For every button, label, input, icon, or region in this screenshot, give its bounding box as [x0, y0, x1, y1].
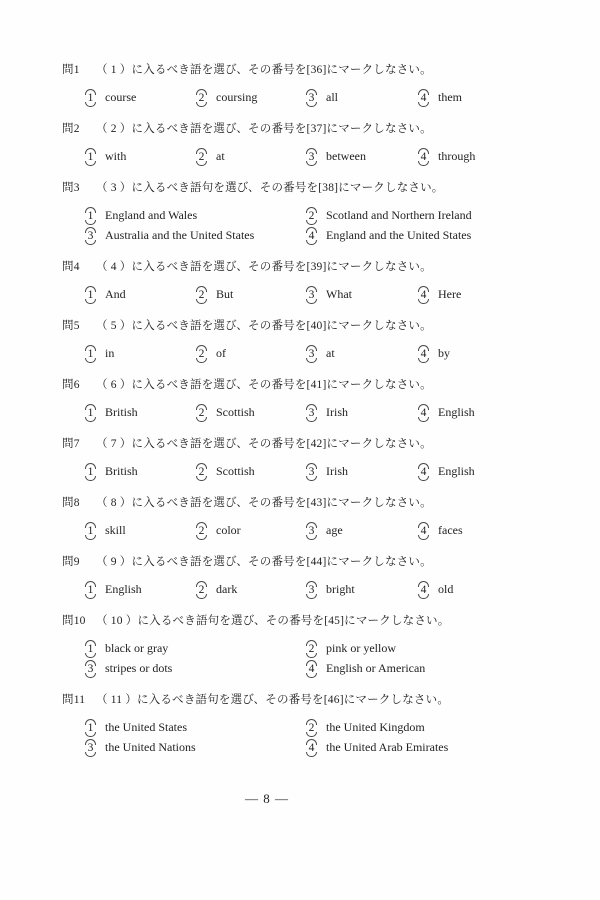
choice-number: 1	[85, 584, 96, 597]
choice-text: at	[216, 149, 225, 163]
question-label: 問9	[62, 555, 88, 570]
answer-choice: 2color	[196, 523, 306, 538]
answer-choice: 3Irish	[306, 464, 418, 479]
question: 問5（ 5 ）に入るべき語を選び、その番号を[40]にマークしなさい。 1in …	[62, 319, 560, 361]
choice-number: 1	[85, 722, 96, 735]
choice-text: British	[105, 464, 138, 478]
answer-choice: 2Scottish	[196, 405, 306, 420]
answer-choice: 1British	[85, 405, 196, 420]
choice-text: the United States	[105, 720, 187, 734]
choice-text: bright	[326, 582, 355, 596]
choices-row: 1with 2at 3between 4through	[85, 149, 560, 164]
answer-choice: 3Australia and the United States	[85, 228, 306, 243]
choice-number: 3	[306, 348, 317, 361]
question-prompt: （ 1 ）に入るべき語を選び、その番号を[36]にマークしなさい。	[96, 63, 432, 78]
choice-text: with	[105, 149, 126, 163]
answer-choice: 3What	[306, 287, 418, 302]
question-prompt: （ 6 ）に入るべき語を選び、その番号を[41]にマークしなさい。	[96, 378, 432, 393]
choice-text: Scotland and Northern Ireland	[326, 208, 472, 222]
question-prompt: （ 3 ）に入るべき語句を選び、その番号を[38]にマークしなさい。	[96, 181, 444, 196]
choice-number: 4	[418, 348, 429, 361]
question-heading: 問10（ 10 ）に入るべき語句を選び、その番号を[45]にマークしなさい。	[62, 614, 560, 629]
choice-number: 1	[85, 210, 96, 223]
question: 問4（ 4 ）に入るべき語を選び、その番号を[39]にマークしなさい。 1And…	[62, 260, 560, 302]
choice-number: 2	[196, 348, 207, 361]
question-prompt: （ 9 ）に入るべき語を選び、その番号を[44]にマークしなさい。	[96, 555, 432, 570]
answer-choice: 2But	[196, 287, 306, 302]
question-label: 問11	[62, 693, 88, 708]
question: 問10（ 10 ）に入るべき語句を選び、その番号を[45]にマークしなさい。 1…	[62, 614, 560, 676]
choice-text: of	[216, 346, 226, 360]
choices-row: 1the United States 2the United Kingdom 3…	[85, 720, 560, 755]
choice-number: 1	[85, 289, 96, 302]
choice-text: age	[326, 523, 343, 537]
question-label: 問1	[62, 63, 88, 78]
question-heading: 問5（ 5 ）に入るべき語を選び、その番号を[40]にマークしなさい。	[62, 319, 560, 334]
answer-choice: 2of	[196, 346, 306, 361]
choice-number: 1	[85, 92, 96, 105]
choice-text: by	[438, 346, 450, 360]
question: 問8（ 8 ）に入るべき語を選び、その番号を[43]にマークしなさい。 1ski…	[62, 496, 560, 538]
choice-number: 3	[306, 407, 317, 420]
answer-choice: 3at	[306, 346, 418, 361]
choices-row: 1England and Wales 2Scotland and Norther…	[85, 208, 560, 243]
choice-text: Australia and the United States	[105, 228, 254, 242]
choice-text: English or American	[326, 661, 425, 675]
choice-text: pink or yellow	[326, 641, 396, 655]
choice-text: English	[438, 405, 475, 419]
question-label: 問2	[62, 122, 88, 137]
choice-text: old	[438, 582, 453, 596]
choice-number: 2	[196, 151, 207, 164]
choice-number: 2	[196, 407, 207, 420]
choice-number: 3	[306, 466, 317, 479]
choice-text: black or gray	[105, 641, 168, 655]
choice-number: 4	[418, 289, 429, 302]
answer-choice: 3all	[306, 90, 418, 105]
choice-text: Here	[438, 287, 461, 301]
choice-text: the United Nations	[105, 740, 196, 754]
question-label: 問3	[62, 181, 88, 196]
answer-choice: 4English	[418, 405, 560, 420]
question-heading: 問8（ 8 ）に入るべき語を選び、その番号を[43]にマークしなさい。	[62, 496, 560, 511]
choice-text: stripes or dots	[105, 661, 172, 675]
choice-text: them	[438, 90, 462, 104]
answer-choice: 1course	[85, 90, 196, 105]
choices-row: 1skill 2color 3age 4faces	[85, 523, 560, 538]
question-prompt: （ 5 ）に入るべき語を選び、その番号を[40]にマークしなさい。	[96, 319, 432, 334]
answer-choice: 3stripes or dots	[85, 661, 306, 676]
answer-choice: 4through	[418, 149, 560, 164]
question: 問9（ 9 ）に入るべき語を選び、その番号を[44]にマークしなさい。 1Eng…	[62, 555, 560, 597]
answer-choice: 1in	[85, 346, 196, 361]
choices-row: 1And 2But 3What 4Here	[85, 287, 560, 302]
question-heading: 問2（ 2 ）に入るべき語を選び、その番号を[37]にマークしなさい。	[62, 122, 560, 137]
choice-number: 4	[418, 151, 429, 164]
answer-choice: 2coursing	[196, 90, 306, 105]
choice-number: 2	[196, 525, 207, 538]
choice-text: Scottish	[216, 405, 255, 419]
choice-text: Irish	[326, 464, 348, 478]
question-label: 問4	[62, 260, 88, 275]
answer-choice: 1British	[85, 464, 196, 479]
choice-text: English	[105, 582, 142, 596]
answer-choice: 1the United States	[85, 720, 306, 735]
choice-number: 2	[306, 643, 317, 656]
choice-number: 1	[85, 466, 96, 479]
choice-number: 3	[306, 151, 317, 164]
answer-choice: 4England and the United States	[306, 228, 560, 243]
question-heading: 問3（ 3 ）に入るべき語句を選び、その番号を[38]にマークしなさい。	[62, 181, 560, 196]
choice-number: 3	[306, 92, 317, 105]
choice-text: skill	[105, 523, 126, 537]
question-prompt: （ 2 ）に入るべき語を選び、その番号を[37]にマークしなさい。	[96, 122, 432, 137]
choices-row: 1British 2Scottish 3Irish 4English	[85, 405, 560, 420]
choice-number: 3	[85, 742, 96, 755]
answer-choice: 4by	[418, 346, 560, 361]
choice-text: English	[438, 464, 475, 478]
answer-choice: 1English	[85, 582, 196, 597]
choice-number: 4	[418, 92, 429, 105]
answer-choice: 3between	[306, 149, 418, 164]
choice-text: Scottish	[216, 464, 255, 478]
page-number: — 8 —	[245, 791, 289, 806]
choices-row: 1British 2Scottish 3Irish 4English	[85, 464, 560, 479]
answer-choice: 3Irish	[306, 405, 418, 420]
question-heading: 問11（ 11 ）に入るべき語句を選び、その番号を[46]にマークしなさい。	[62, 693, 560, 708]
answer-choice: 1skill	[85, 523, 196, 538]
question: 問6（ 6 ）に入るべき語を選び、その番号を[41]にマークしなさい。 1Bri…	[62, 378, 560, 420]
choice-number: 2	[306, 210, 317, 223]
choice-text: Irish	[326, 405, 348, 419]
question-prompt: （ 8 ）に入るべき語を選び、その番号を[43]にマークしなさい。	[96, 496, 432, 511]
question-prompt: （ 11 ）に入るべき語句を選び、その番号を[46]にマークしなさい。	[96, 693, 449, 708]
question: 問1（ 1 ）に入るべき語を選び、その番号を[36]にマークしなさい。 1cou…	[62, 63, 560, 105]
question-label: 問5	[62, 319, 88, 334]
choice-number: 1	[85, 348, 96, 361]
choice-number: 3	[306, 289, 317, 302]
question-label: 問8	[62, 496, 88, 511]
answer-choice: 3the United Nations	[85, 740, 306, 755]
answer-choice: 4faces	[418, 523, 560, 538]
questions-list: 問1（ 1 ）に入るべき語を選び、その番号を[36]にマークしなさい。 1cou…	[62, 63, 560, 755]
question: 問11（ 11 ）に入るべき語句を選び、その番号を[46]にマークしなさい。 1…	[62, 693, 560, 755]
choice-number: 2	[306, 722, 317, 735]
question-prompt: （ 7 ）に入るべき語を選び、その番号を[42]にマークしなさい。	[96, 437, 432, 452]
choice-number: 2	[196, 466, 207, 479]
choice-text: through	[438, 149, 475, 163]
question-heading: 問9（ 9 ）に入るべき語を選び、その番号を[44]にマークしなさい。	[62, 555, 560, 570]
choices-row: 1black or gray 2pink or yellow 3stripes …	[85, 641, 560, 676]
answer-choice: 3bright	[306, 582, 418, 597]
choice-text: What	[326, 287, 352, 301]
question: 問3（ 3 ）に入るべき語句を選び、その番号を[38]にマークしなさい。 1En…	[62, 181, 560, 243]
choice-text: dark	[216, 582, 237, 596]
choice-text: course	[105, 90, 136, 104]
answer-choice: 4English or American	[306, 661, 560, 676]
question-heading: 問1（ 1 ）に入るべき語を選び、その番号を[36]にマークしなさい。	[62, 63, 560, 78]
choice-text: the United Arab Emirates	[326, 740, 448, 754]
answer-choice: 4them	[418, 90, 560, 105]
question-heading: 問4（ 4 ）に入るべき語を選び、その番号を[39]にマークしなさい。	[62, 260, 560, 275]
choice-text: at	[326, 346, 335, 360]
choice-text: And	[105, 287, 126, 301]
choice-number: 2	[196, 92, 207, 105]
choice-number: 1	[85, 525, 96, 538]
choice-number: 1	[85, 151, 96, 164]
choice-text: color	[216, 523, 241, 537]
choice-number: 1	[85, 407, 96, 420]
choice-number: 3	[306, 525, 317, 538]
answer-choice: 1England and Wales	[85, 208, 306, 223]
question: 問7（ 7 ）に入るべき語を選び、その番号を[42]にマークしなさい。 1Bri…	[62, 437, 560, 479]
question-label: 問6	[62, 378, 88, 393]
choice-text: the United Kingdom	[326, 720, 425, 734]
choices-row: 1in 2of 3at 4by	[85, 346, 560, 361]
choice-text: British	[105, 405, 138, 419]
answer-choice: 1black or gray	[85, 641, 306, 656]
answer-choice: 4the United Arab Emirates	[306, 740, 560, 755]
question-prompt: （ 10 ）に入るべき語句を選び、その番号を[45]にマークしなさい。	[96, 614, 449, 629]
choice-number: 3	[85, 663, 96, 676]
answer-choice: 1with	[85, 149, 196, 164]
choice-text: England and Wales	[105, 208, 197, 222]
question-label: 問10	[62, 614, 88, 629]
choice-number: 2	[196, 289, 207, 302]
question-heading: 問6（ 6 ）に入るべき語を選び、その番号を[41]にマークしなさい。	[62, 378, 560, 393]
choices-row: 1course 2coursing 3all 4them	[85, 90, 560, 105]
choice-text: faces	[438, 523, 463, 537]
answer-choice: 2Scottish	[196, 464, 306, 479]
choice-number: 4	[418, 584, 429, 597]
choice-number: 3	[85, 230, 96, 243]
choice-number: 4	[306, 742, 317, 755]
answer-choice: 2pink or yellow	[306, 641, 560, 656]
choice-number: 2	[196, 584, 207, 597]
choice-number: 1	[85, 643, 96, 656]
answer-choice: 2at	[196, 149, 306, 164]
question-label: 問7	[62, 437, 88, 452]
answer-choice: 1And	[85, 287, 196, 302]
answer-choice: 3age	[306, 523, 418, 538]
answer-choice: 2Scotland and Northern Ireland	[306, 208, 560, 223]
answer-choice: 4English	[418, 464, 560, 479]
exam-page: 問1（ 1 ）に入るべき語を選び、その番号を[36]にマークしなさい。 1cou…	[0, 0, 600, 900]
answer-choice: 4Here	[418, 287, 560, 302]
choice-text: coursing	[216, 90, 257, 104]
answer-choice: 2the United Kingdom	[306, 720, 560, 735]
question: 問2（ 2 ）に入るべき語を選び、その番号を[37]にマークしなさい。 1wit…	[62, 122, 560, 164]
choice-number: 4	[306, 663, 317, 676]
choice-text: all	[326, 90, 338, 104]
answer-choice: 2dark	[196, 582, 306, 597]
choice-text: in	[105, 346, 114, 360]
choice-number: 4	[306, 230, 317, 243]
choice-text: England and the United States	[326, 228, 471, 242]
answer-choice: 4old	[418, 582, 560, 597]
choice-number: 4	[418, 525, 429, 538]
question-prompt: （ 4 ）に入るべき語を選び、その番号を[39]にマークしなさい。	[96, 260, 432, 275]
choice-text: But	[216, 287, 233, 301]
choice-text: between	[326, 149, 366, 163]
choices-row: 1English 2dark 3bright 4old	[85, 582, 560, 597]
page-footer: — 8 —	[62, 791, 472, 807]
choice-number: 4	[418, 466, 429, 479]
question-heading: 問7（ 7 ）に入るべき語を選び、その番号を[42]にマークしなさい。	[62, 437, 560, 452]
choice-number: 3	[306, 584, 317, 597]
choice-number: 4	[418, 407, 429, 420]
